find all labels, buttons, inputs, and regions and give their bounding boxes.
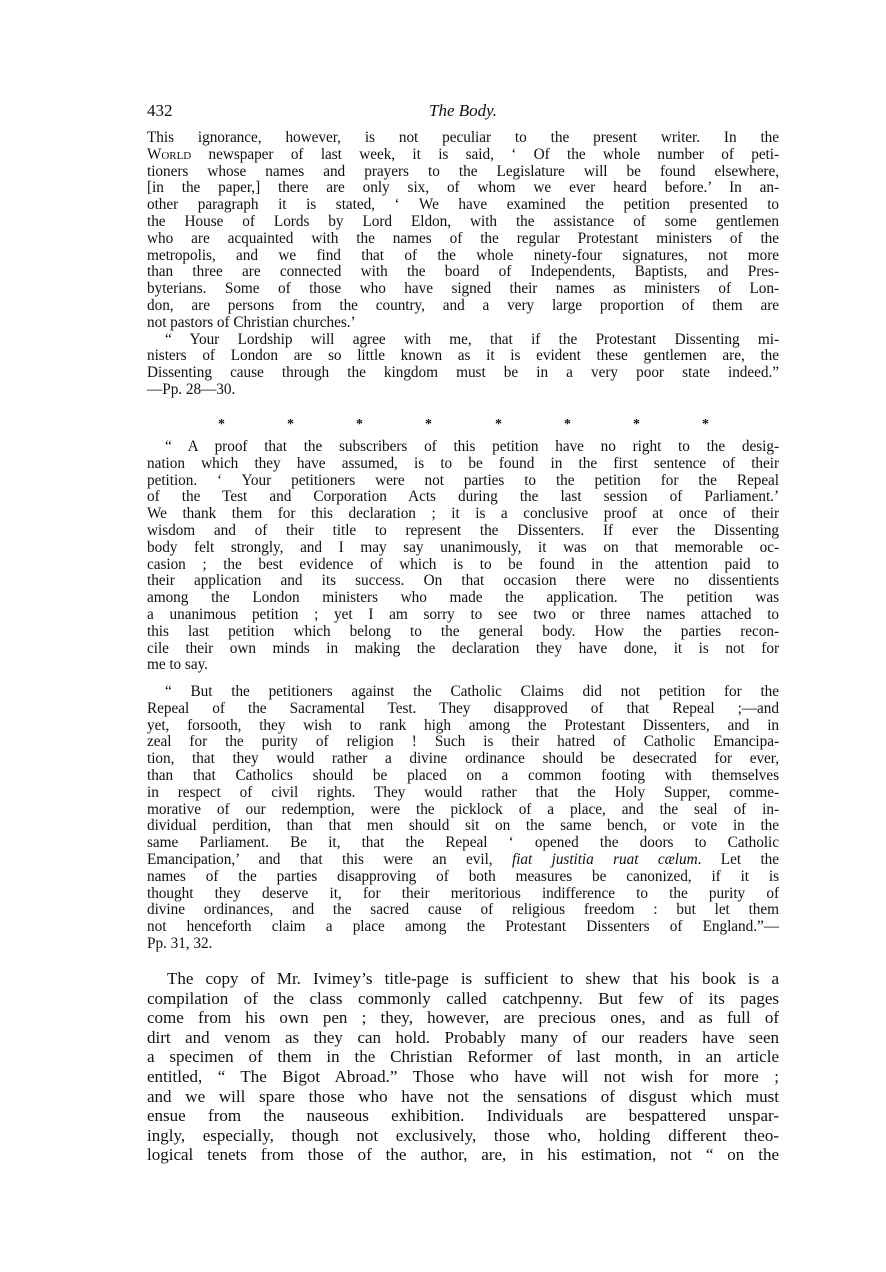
text-line: Emancipation,’ and that this were an evi… <box>147 852 779 869</box>
text-line: zeal for the purity of religion ! Such i… <box>147 734 779 751</box>
paragraph-proof-subscribers: “ A proof that the subscribers of this p… <box>147 439 779 674</box>
text-line: Repeal of the Sacramental Test. They dis… <box>147 701 779 718</box>
text-line: me to say. <box>147 657 779 674</box>
text-line: metropolis, and we find that of the whol… <box>147 248 779 265</box>
text-line: byterians. Some of those who have signed… <box>147 281 779 298</box>
paragraph-catholic-claims: “ But the petitioners against the Cathol… <box>147 684 779 953</box>
text-line: other paragraph it is stated, ‘ We have … <box>147 197 779 214</box>
text-line: entitled, “ The Bigot Abroad.” Those who… <box>147 1067 779 1087</box>
text-line: among the London ministers who made the … <box>147 590 779 607</box>
text-line: morative of our redemption, were the pic… <box>147 802 779 819</box>
latin-phrase: fiat justitia ruat cælum <box>512 851 698 868</box>
text-line: their application and its success. On th… <box>147 573 779 590</box>
text-line: nation which they have assumed, is to be… <box>147 456 779 473</box>
running-title: The Body. <box>147 101 779 121</box>
asterisk: * <box>356 417 363 433</box>
running-head: 432 The Body. <box>147 101 779 121</box>
text-line: Pp. 31, 32. <box>147 936 779 953</box>
asterisk: * <box>495 417 502 433</box>
text-line: in respect of civil rights. They would r… <box>147 785 779 802</box>
newspaper-name: World <box>147 146 191 163</box>
text-line: World newspaper of last week, it is said… <box>147 147 779 164</box>
text-line: a specimen of them in the Christian Refo… <box>147 1047 779 1067</box>
text-line: don, are persons from the country, and a… <box>147 298 779 315</box>
text-line: We thank them for this declaration ; it … <box>147 506 779 523</box>
text-line-rest: newspaper of last week, it is said, ‘ Of… <box>191 146 779 163</box>
text-line: tion, that they would rather a divine or… <box>147 751 779 768</box>
text-line: The copy of Mr. Ivimey’s title-page is s… <box>147 969 779 989</box>
text-line: “ Your Lordship will agree with me, that… <box>147 332 779 349</box>
text-line: names of the parties disapproving of bot… <box>147 869 779 886</box>
section-separator: * * * * * * * * <box>147 417 779 433</box>
text-line: This ignorance, however, is not peculiar… <box>147 130 779 147</box>
text-line: a unanimous petition ; yet I am sorry to… <box>147 607 779 624</box>
text-line: ensue from the nauseous exhibition. Indi… <box>147 1106 779 1126</box>
text-line: come from his own pen ; they, however, a… <box>147 1008 779 1028</box>
text-line: —Pp. 28—30. <box>147 382 779 399</box>
asterisk: * <box>287 417 294 433</box>
text-line: cile their own minds in making the decla… <box>147 641 779 658</box>
text-line: “ A proof that the subscribers of this p… <box>147 439 779 456</box>
text-line: who are acquainted with the names of the… <box>147 231 779 248</box>
asterisk: * <box>425 417 432 433</box>
text-line: not pastors of Christian churches.’ <box>147 315 779 332</box>
paragraph-ivimey-title-page: The copy of Mr. Ivimey’s title-page is s… <box>147 969 779 1165</box>
paragraph-lordship: “ Your Lordship will agree with me, that… <box>147 332 779 399</box>
asterisk: * <box>633 417 640 433</box>
text-line: Dissenting cause through the kingdom mus… <box>147 365 779 382</box>
text-line: “ But the petitioners against the Cathol… <box>147 684 779 701</box>
text-line: body felt strongly, and I may say unanim… <box>147 540 779 557</box>
text-line: petition. ‘ Your petitioners were not pa… <box>147 473 779 490</box>
text-line: nisters of London are so little known as… <box>147 348 779 365</box>
text-line: than three are connected with the board … <box>147 264 779 281</box>
text-line: than that Catholics should be placed on … <box>147 768 779 785</box>
text-line: logical tenets from those of the author,… <box>147 1145 779 1165</box>
text-line: dividual perdition, than that men should… <box>147 818 779 835</box>
asterisk: * <box>702 417 709 433</box>
text-line: [in the paper,] there are only six, of w… <box>147 180 779 197</box>
text-line: ingly, especially, though not exclusivel… <box>147 1126 779 1146</box>
asterisk: * <box>218 417 225 433</box>
text-line: the House of Lords by Lord Eldon, with t… <box>147 214 779 231</box>
text-line: same Parliament. Be it, that the Repeal … <box>147 835 779 852</box>
text-line: wisdom and of their title to represent t… <box>147 523 779 540</box>
text-line: dirt and venom as they can hold. Probabl… <box>147 1028 779 1048</box>
text-line: of the Test and Corporation Acts during … <box>147 489 779 506</box>
text-line: not henceforth claim a place among the P… <box>147 919 779 936</box>
text-line: yet, forsooth, they wish to rank high am… <box>147 718 779 735</box>
text-line: divine ordinances, and the sacred cause … <box>147 902 779 919</box>
text-line: this last petition which belong to the g… <box>147 624 779 641</box>
asterisk: * <box>564 417 571 433</box>
text-line: thought they deserve it, for their merit… <box>147 886 779 903</box>
text-line: and we will spare those who have not the… <box>147 1087 779 1107</box>
text-line: compilation of the class commonly called… <box>147 989 779 1009</box>
text-line: casion ; the best evidence of which is t… <box>147 557 779 574</box>
paragraph-world-newspaper: This ignorance, however, is not peculiar… <box>147 130 779 332</box>
text-line: tioners whose names and prayers to the L… <box>147 164 779 181</box>
